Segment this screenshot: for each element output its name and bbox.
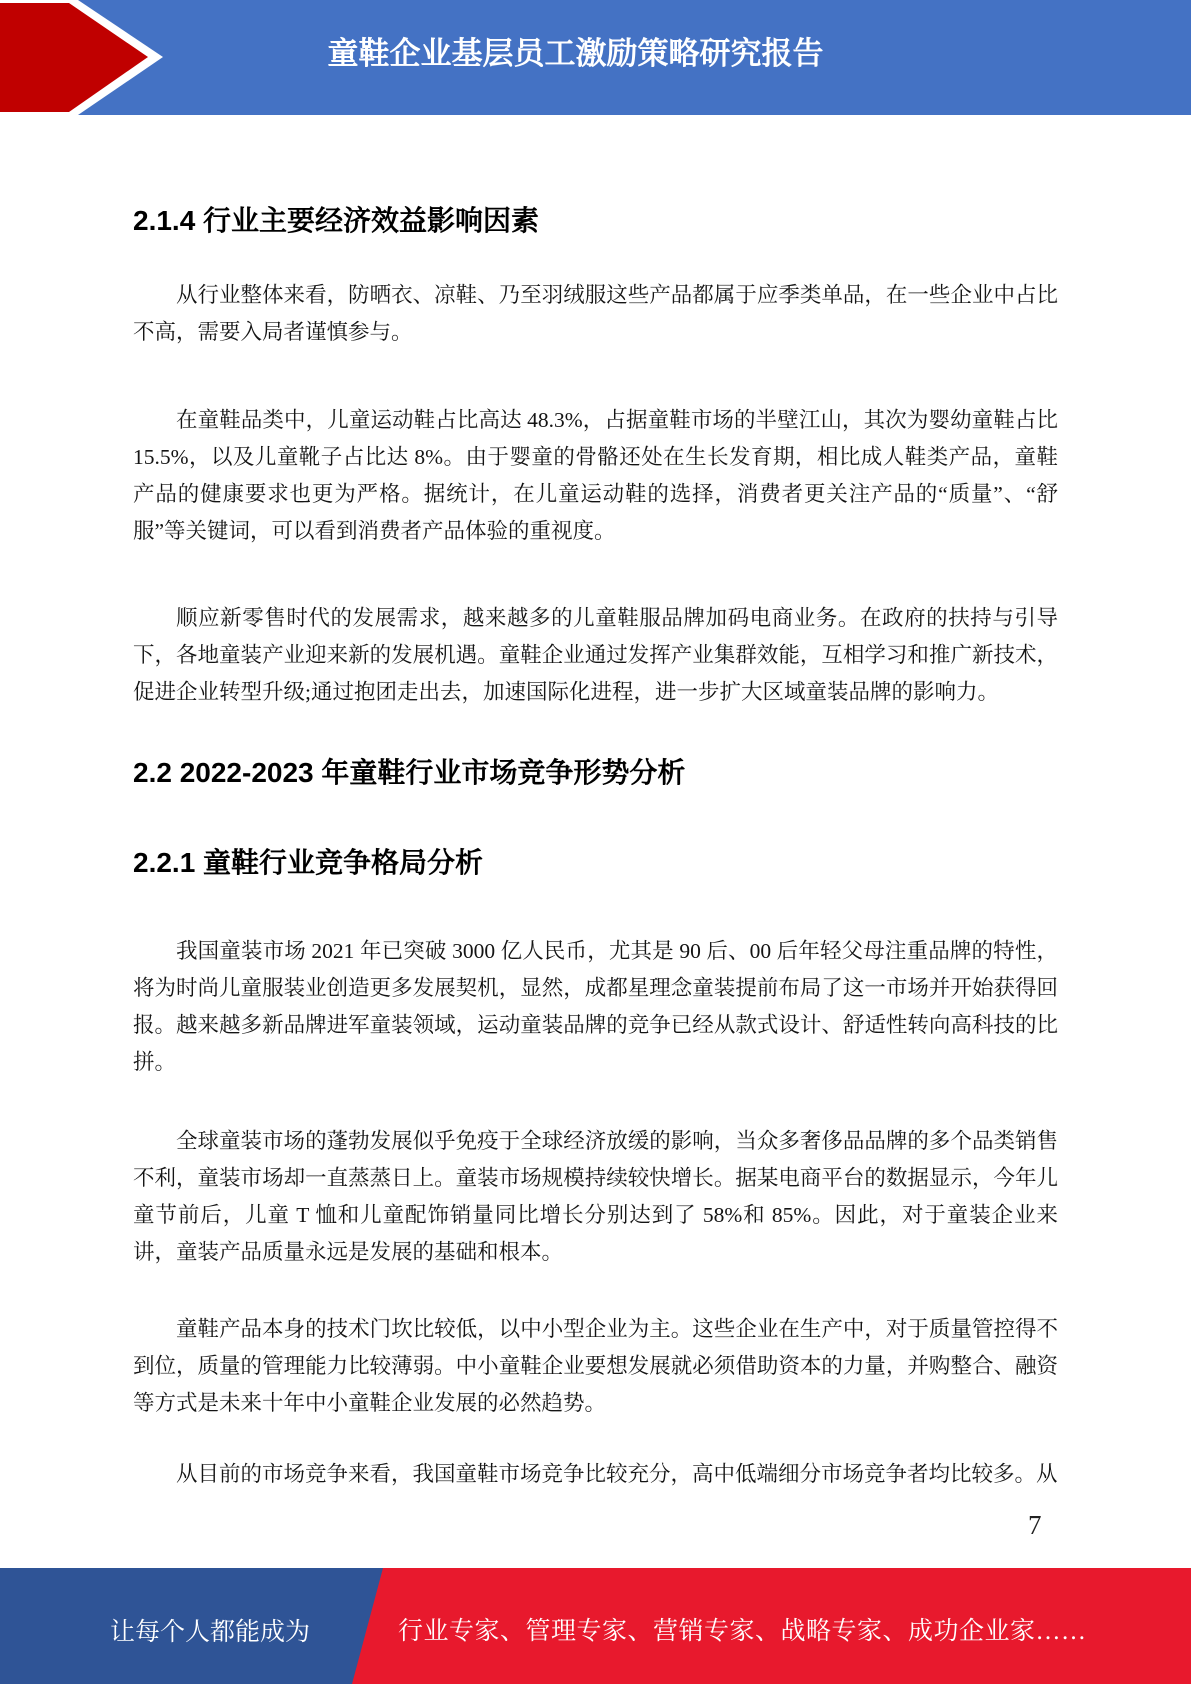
paragraph-sme-threshold: 童鞋产品本身的技术门坎比较低，以中小型企业为主。这些企业在生产中，对于质量管控得… [133, 1311, 1058, 1422]
heading-2-2-1: 2.2.1 童鞋行业竞争格局分析 [133, 845, 1058, 881]
paragraph-category-share: 在童鞋品类中，儿童运动鞋占比高达 48.3%，占据童鞋市场的半壁江山，其次为婴幼… [133, 402, 1058, 550]
page-footer-banner: 让每个人都能成为 行业专家、管理专家、营销专家、战略专家、成功企业家…… [0, 1568, 1191, 1684]
paragraph-current-competition: 从目前的市场竞争来看，我国童鞋市场竞争比较充分，高中低端细分市场竞争者均比较多。… [133, 1456, 1058, 1493]
paragraph-global-market: 全球童装市场的蓬勃发展似乎免疫于全球经济放缓的影响，当众多奢侈品品牌的多个品类销… [133, 1123, 1058, 1271]
footer-slogan-left: 让每个人都能成为 [0, 1612, 310, 1648]
page-header-banner: 童鞋企业基层员工激励策略研究报告 [0, 0, 1191, 115]
heading-2-1-4: 2.1.4 行业主要经济效益影响因素 [133, 203, 1058, 239]
paragraph-new-retail: 顺应新零售时代的发展需求，越来越多的儿童鞋服品牌加码电商业务。在政府的扶持与引导… [133, 600, 1058, 711]
heading-2-2: 2.2 2022-2023 年童鞋行业市场竞争形势分析 [133, 755, 1058, 791]
paragraph-market-2021: 我国童装市场 2021 年已突破 3000 亿人民币，尤其是 90 后、00 后… [133, 933, 1058, 1081]
report-page: { "header": { "title": "童鞋企业基层员工激励策略研究报告… [0, 0, 1191, 1684]
report-title: 童鞋企业基层员工激励策略研究报告 [0, 28, 1171, 73]
footer-slogan-right: 行业专家、管理专家、营销专家、战略专家、成功企业家…… [398, 1611, 1087, 1647]
document-content: 2.1.4 行业主要经济效益影响因素 从行业整体来看，防晒衣、凉鞋、乃至羽绒服这… [133, 115, 1058, 1493]
page-number: 7 [1028, 1510, 1042, 1541]
paragraph-seasonal-products: 从行业整体来看，防晒衣、凉鞋、乃至羽绒服这些产品都属于应季类单品，在一些企业中占… [133, 277, 1058, 351]
